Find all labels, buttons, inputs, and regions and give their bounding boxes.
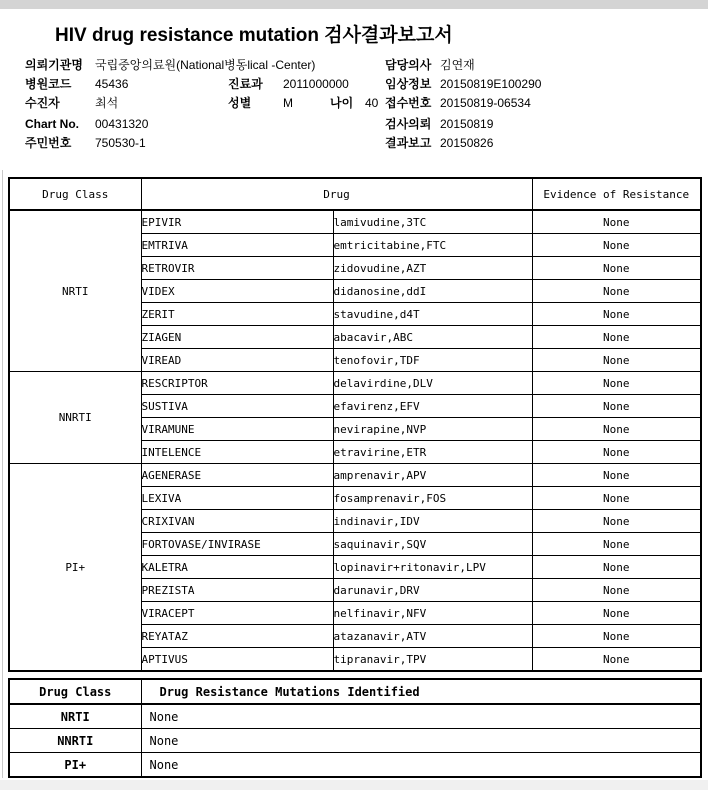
drug-brand-cell: ZIAGEN bbox=[141, 326, 333, 349]
institution-label: 의뢰기관명 bbox=[25, 58, 83, 72]
resident-no-label: 주민번호 bbox=[25, 136, 71, 150]
chart-no-value: 00431320 bbox=[95, 117, 148, 131]
drug-generic-cell: amprenavir,APV bbox=[333, 464, 532, 487]
resistance-table: Drug Class Drug Evidence of Resistance N… bbox=[8, 177, 702, 672]
drug-brand-cell: PREZISTA bbox=[141, 579, 333, 602]
drug-generic-cell: tenofovir,TDF bbox=[333, 349, 532, 372]
drug-brand-cell: APTIVUS bbox=[141, 648, 333, 672]
drug-generic-cell: nelfinavir,NFV bbox=[333, 602, 532, 625]
drug-brand-cell: VIRAMUNE bbox=[141, 418, 333, 441]
drug-brand-cell: CRIXIVAN bbox=[141, 510, 333, 533]
drug-class-cell: NNRTI bbox=[9, 372, 141, 464]
drug-generic-cell: lamivudine,3TC bbox=[333, 210, 532, 234]
drug-class-cell: NRTI bbox=[9, 704, 141, 729]
table-row: NNRTI RESCRIPTOR delavirdine,DLV None bbox=[9, 372, 701, 395]
drug-brand-cell: REYATAZ bbox=[141, 625, 333, 648]
department-value: 2011000000 bbox=[283, 77, 349, 91]
top-edge-strip bbox=[0, 0, 708, 9]
drug-brand-cell: RESCRIPTOR bbox=[141, 372, 333, 395]
evidence-cell: None bbox=[532, 579, 701, 602]
drug-brand-cell: SUSTIVA bbox=[141, 395, 333, 418]
table-row: NRTI None bbox=[9, 704, 701, 729]
chart-no-label: Chart No. bbox=[25, 117, 79, 131]
evidence-cell: None bbox=[532, 418, 701, 441]
department-label: 진료과 bbox=[228, 77, 263, 91]
drug-generic-cell: darunavir,DRV bbox=[333, 579, 532, 602]
drug-generic-cell: abacavir,ABC bbox=[333, 326, 532, 349]
evidence-cell: None bbox=[532, 510, 701, 533]
test-requested-label: 검사의뢰 bbox=[385, 117, 431, 131]
hospital-code-value: 45436 bbox=[95, 77, 128, 91]
mutations-table: Drug Class Drug Resistance Mutations Ide… bbox=[8, 678, 702, 778]
clinical-info-value: 20150819E100290 bbox=[440, 77, 541, 91]
table-row: NNRTI None bbox=[9, 729, 701, 753]
evidence-cell: None bbox=[532, 487, 701, 510]
drug-generic-cell: indinavir,IDV bbox=[333, 510, 532, 533]
drug-brand-cell: KALETRA bbox=[141, 556, 333, 579]
drug-class-cell: PI+ bbox=[9, 464, 141, 672]
evidence-cell: None bbox=[532, 602, 701, 625]
table-header-row: Drug Class Drug Resistance Mutations Ide… bbox=[9, 679, 701, 704]
evidence-cell: None bbox=[532, 395, 701, 418]
drug-brand-cell: RETROVIR bbox=[141, 257, 333, 280]
drug-generic-cell: tipranavir,TPV bbox=[333, 648, 532, 672]
table-row: PI+ AGENERASE amprenavir,APV None bbox=[9, 464, 701, 487]
evidence-cell: None bbox=[532, 625, 701, 648]
mutations-header: Drug Resistance Mutations Identified bbox=[141, 679, 701, 704]
drug-generic-cell: nevirapine,NVP bbox=[333, 418, 532, 441]
drug-generic-cell: saquinavir,SQV bbox=[333, 533, 532, 556]
evidence-cell: None bbox=[532, 372, 701, 395]
result-reported-label: 결과보고 bbox=[385, 136, 431, 150]
evidence-cell: None bbox=[532, 556, 701, 579]
drug-brand-cell: AGENERASE bbox=[141, 464, 333, 487]
evidence-cell: None bbox=[532, 210, 701, 234]
drug-generic-cell: etravirine,ETR bbox=[333, 441, 532, 464]
drug-class-cell: NNRTI bbox=[9, 729, 141, 753]
mutations-cell: None bbox=[141, 729, 701, 753]
report-page: HIV drug resistance mutation 검사결과보고서 의뢰기… bbox=[0, 0, 708, 790]
sex-label: 성별 bbox=[228, 96, 251, 110]
accession-no-value: 20150819-06534 bbox=[440, 96, 531, 110]
table-header-row: Drug Class Drug Evidence of Resistance bbox=[9, 178, 701, 210]
sex-value: M bbox=[283, 96, 293, 110]
clinical-info-label: 임상정보 bbox=[385, 77, 431, 91]
evidence-cell: None bbox=[532, 464, 701, 487]
test-requested-value: 20150819 bbox=[440, 117, 493, 131]
evidence-cell: None bbox=[532, 533, 701, 556]
evidence-cell: None bbox=[532, 257, 701, 280]
drug-generic-cell: atazanavir,ATV bbox=[333, 625, 532, 648]
drug-class-cell: PI+ bbox=[9, 753, 141, 778]
drug-brand-cell: INTELENCE bbox=[141, 441, 333, 464]
drug-brand-cell: EMTRIVA bbox=[141, 234, 333, 257]
hospital-code-label: 병원코드 bbox=[25, 77, 71, 91]
drug-header: Drug bbox=[141, 178, 532, 210]
drug-brand-cell: FORTOVASE/INVIRASE bbox=[141, 533, 333, 556]
drug-generic-cell: efavirenz,EFV bbox=[333, 395, 532, 418]
evidence-cell: None bbox=[532, 280, 701, 303]
patient-value: 최석 bbox=[95, 96, 118, 110]
age-label: 나이 bbox=[330, 96, 353, 110]
left-edge-line bbox=[2, 170, 3, 778]
evidence-cell: None bbox=[532, 234, 701, 257]
drug-generic-cell: stavudine,d4T bbox=[333, 303, 532, 326]
drug-generic-cell: emtricitabine,FTC bbox=[333, 234, 532, 257]
evidence-cell: None bbox=[532, 326, 701, 349]
drug-class-cell: NRTI bbox=[9, 210, 141, 372]
evidence-cell: None bbox=[532, 349, 701, 372]
drug-brand-cell: LEXIVA bbox=[141, 487, 333, 510]
drug-brand-cell: ZERIT bbox=[141, 303, 333, 326]
resident-no-value: 750530-1 bbox=[95, 136, 146, 150]
doctor-value: 김연재 bbox=[440, 58, 475, 72]
drug-brand-cell: EPIVIR bbox=[141, 210, 333, 234]
drug-generic-cell: fosamprenavir,FOS bbox=[333, 487, 532, 510]
drug-generic-cell: lopinavir+ritonavir,LPV bbox=[333, 556, 532, 579]
drug-generic-cell: didanosine,ddI bbox=[333, 280, 532, 303]
drug-brand-cell: VIREAD bbox=[141, 349, 333, 372]
mutations-cell: None bbox=[141, 753, 701, 778]
drug-brand-cell: VIRACEPT bbox=[141, 602, 333, 625]
institution-value: 국립중앙의료원(National병동lical -Center) bbox=[95, 58, 315, 72]
drug-brand-cell: VIDEX bbox=[141, 280, 333, 303]
table-row: PI+ None bbox=[9, 753, 701, 778]
result-reported-value: 20150826 bbox=[440, 136, 493, 150]
table-row: NRTI EPIVIR lamivudine,3TC None bbox=[9, 210, 701, 234]
evidence-cell: None bbox=[532, 441, 701, 464]
page-title: HIV drug resistance mutation 검사결과보고서 bbox=[55, 20, 453, 47]
mutations-cell: None bbox=[141, 704, 701, 729]
evidence-header: Evidence of Resistance bbox=[532, 178, 701, 210]
accession-no-label: 접수번호 bbox=[385, 96, 431, 110]
bottom-edge-strip bbox=[0, 780, 708, 790]
drug-class-header: Drug Class bbox=[9, 679, 141, 704]
drug-generic-cell: delavirdine,DLV bbox=[333, 372, 532, 395]
evidence-cell: None bbox=[532, 648, 701, 672]
patient-label: 수진자 bbox=[25, 96, 60, 110]
drug-class-header: Drug Class bbox=[9, 178, 141, 210]
doctor-label: 담당의사 bbox=[385, 58, 431, 72]
age-value: 40 bbox=[365, 96, 378, 110]
evidence-cell: None bbox=[532, 303, 701, 326]
drug-generic-cell: zidovudine,AZT bbox=[333, 257, 532, 280]
